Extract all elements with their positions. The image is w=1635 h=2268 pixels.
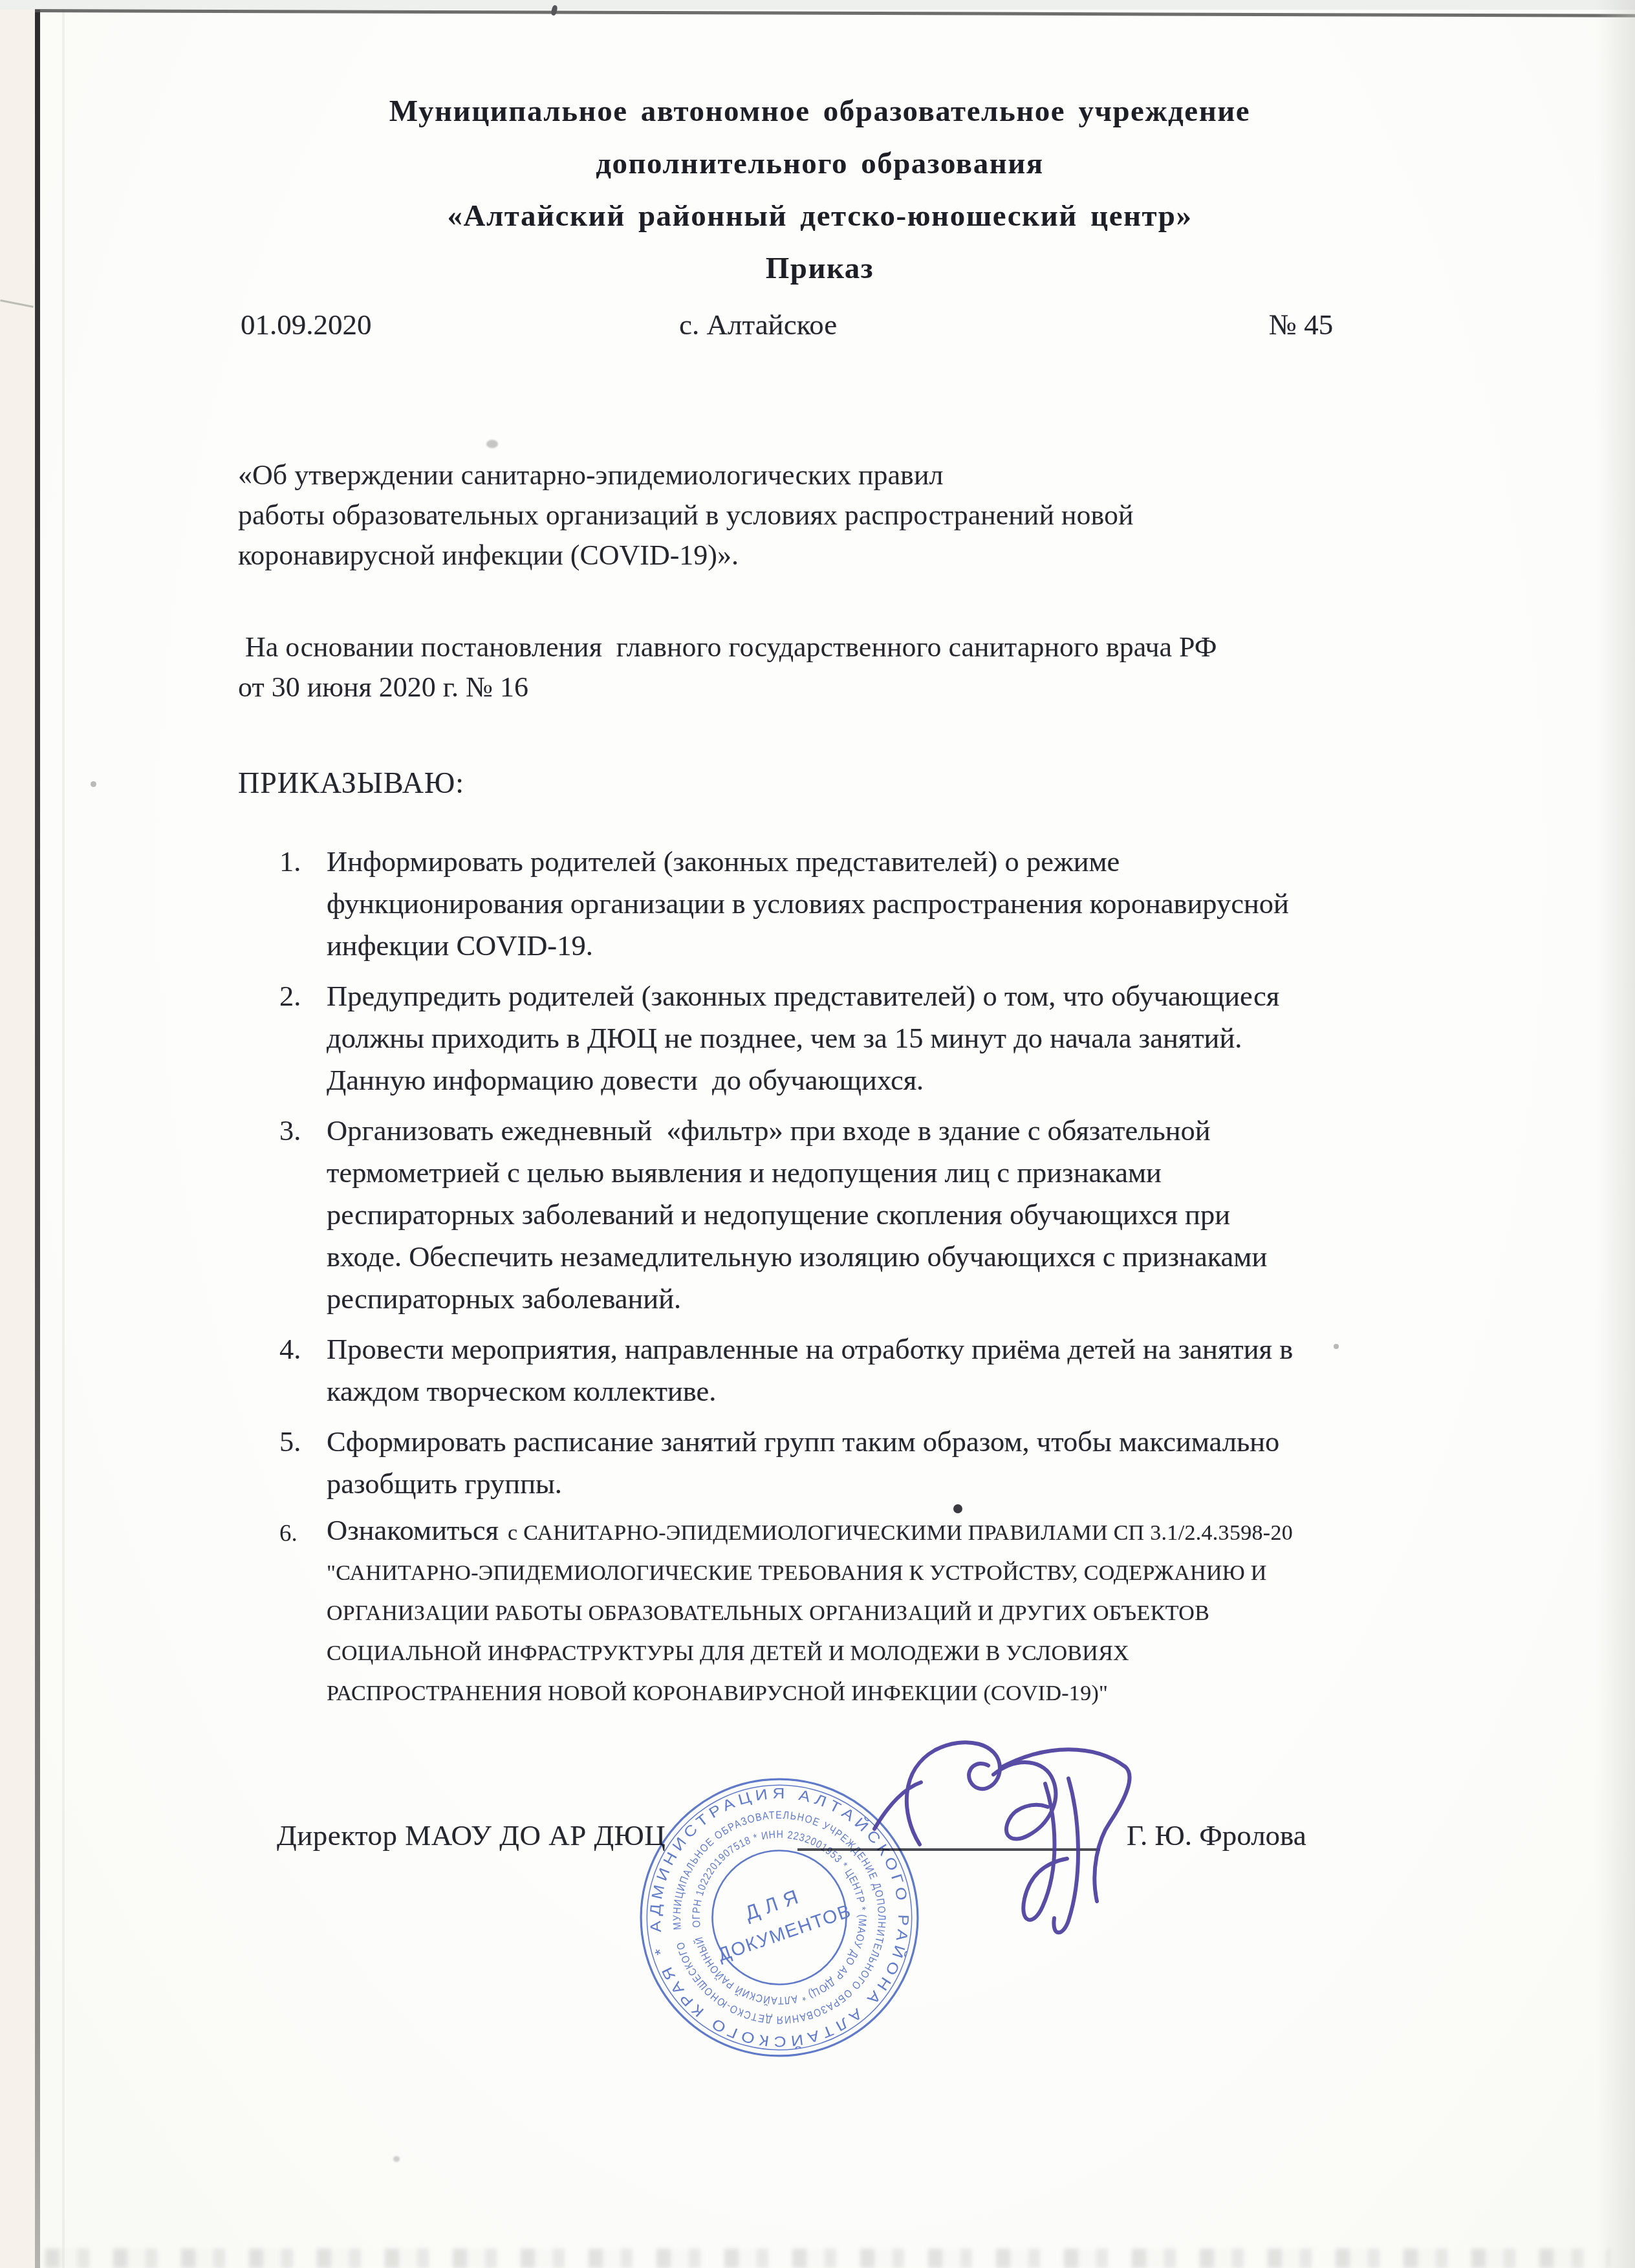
scan-speck: [91, 781, 96, 787]
item-6-line-5: РАСПРОСТРАНЕНИЯ НОВОЙ КОРОНАВИРУСНОЙ ИНФ…: [327, 1674, 1416, 1714]
handwritten-signature: [841, 1715, 1138, 1980]
item-6-line-4: СОЦИАЛЬНОЙ ИНФРАСТРУКТУРЫ ДЛЯ ДЕТЕЙ И МО…: [327, 1634, 1416, 1674]
item-2-number: 2.: [279, 975, 301, 1017]
document-header: Муниципальное автономное образовательное…: [233, 85, 1407, 295]
item-6-number: 6.: [279, 1514, 298, 1554]
scan-left-soft-line: [62, 0, 65, 2268]
item-5-number: 5.: [279, 1421, 301, 1463]
subject-paragraph: «Об утверждении санитарно-эпидемиологиче…: [238, 455, 1402, 576]
item-1-number: 1.: [279, 841, 301, 883]
item-3-line-5: респираторных заболеваний.: [327, 1278, 1416, 1320]
signature-stroke-2: [993, 1762, 1056, 1839]
subject-line-2: работы образовательных организаций в усл…: [238, 495, 1402, 535]
org-name-line-2: дополнительного образования: [233, 138, 1407, 190]
item-1-line-2: функционирования организации в условиях …: [327, 883, 1416, 925]
document-type-title: Приказ: [233, 243, 1407, 295]
meta-row: 01.09.2020 с. Алтайское № 45: [233, 308, 1407, 347]
item-1-line-3: инфекции COVID-19.: [327, 925, 1416, 967]
item-4-line-2: каждом творческом коллективе.: [327, 1370, 1416, 1412]
item-1-line-1: Информировать родителей (законных предст…: [327, 841, 1416, 883]
document-number: № 45: [1269, 308, 1333, 341]
basis-paragraph: На основании постановления главного госу…: [238, 627, 1402, 707]
item-3-number: 3.: [279, 1110, 301, 1152]
item-6-line-1-caps: с САНИТАРНО-ЭПИДЕМИОЛОГИЧЕСКИМИ ПРАВИЛАМ…: [508, 1521, 1293, 1545]
order-item-3: 3. Организовать ежедневный «фильтр» при …: [233, 1110, 1416, 1320]
scan-left-margin: [0, 0, 35, 2268]
order-item-5: 5. Сформировать расписание занятий групп…: [233, 1421, 1416, 1505]
document-page: Муниципальное автономное образовательное…: [0, 0, 1635, 2268]
basis-line-1: На основании постановления главного госу…: [238, 627, 1402, 667]
basis-line-2: от 30 июня 2020 г. № 16: [238, 667, 1402, 707]
item-4-line-1: Провести мероприятия, направленные на от…: [327, 1328, 1416, 1370]
resolution-word: ПРИКАЗЫВАЮ:: [238, 766, 464, 800]
org-name-line-1: Муниципальное автономное образовательное…: [233, 85, 1407, 138]
item-2-line-3: Данную информацию довести до обучающихся…: [327, 1059, 1416, 1101]
item-2-line-2: должны приходить в ДЮЦ не позднее, чем з…: [327, 1017, 1416, 1059]
stamp-center-text: ДЛЯ ДОКУМЕНТОВ: [705, 1870, 854, 1965]
item-3-line-3: респираторных заболеваний и недопущение …: [327, 1194, 1416, 1236]
order-item-2: 2. Предупредить родителей (законных пред…: [233, 975, 1416, 1101]
order-item-1: 1. Информировать родителей (законных пре…: [233, 841, 1416, 967]
scan-right-shade: [1596, 0, 1635, 2268]
signature-stroke-4: [1000, 1749, 1129, 1901]
item-3-line-1: Организовать ежедневный «фильтр» при вхо…: [327, 1110, 1416, 1152]
order-item-4: 4. Провести мероприятия, направленные на…: [233, 1328, 1416, 1412]
item-3-line-4: входе. Обеспечить незамедлительную изоля…: [327, 1236, 1416, 1278]
scan-speck: [393, 2156, 400, 2162]
document-place: с. Алтайское: [679, 308, 837, 341]
scan-bottom-noise: [45, 2249, 1609, 2268]
item-6-lead: Ознакомиться: [327, 1514, 499, 1546]
order-item-6: 6. Ознакомитьсяс САНИТАРНО-ЭПИДЕМИОЛОГИЧ…: [233, 1510, 1416, 1714]
item-5-line-2: разобщить группы.: [327, 1463, 1416, 1505]
item-6-line-2: "САНИТАРНО-ЭПИДЕМИОЛОГИЧЕСКИЕ ТРЕБОВАНИЯ…: [327, 1553, 1416, 1593]
item-6-line-3: ОРГАНИЗАЦИИ РАБОТЫ ОБРАЗОВАТЕЛЬНЫХ ОРГАН…: [327, 1593, 1416, 1634]
item-3-line-2: термометрией с целью выявления и недопущ…: [327, 1152, 1416, 1194]
item-2-line-1: Предупредить родителей (законных предста…: [327, 975, 1416, 1017]
scan-speck: [486, 440, 498, 448]
scan-left-edge-line: [35, 0, 40, 2268]
subject-line-1: «Об утверждении санитарно-эпидемиологиче…: [238, 455, 1402, 495]
signature-stroke-1: [874, 1742, 1000, 1844]
signatory-name: Г. Ю. Фролова: [1127, 1819, 1306, 1852]
signatory-title: Директор МАОУ ДО АР ДЮЦ: [277, 1819, 666, 1852]
signature-stroke-5: [1054, 1778, 1078, 1932]
item-6-line-1: Ознакомитьсяс САНИТАРНО-ЭПИДЕМИОЛОГИЧЕСК…: [327, 1510, 1416, 1553]
item-5-line-1: Сформировать расписание занятий групп та…: [327, 1421, 1416, 1463]
order-items: 1. Информировать родителей (законных пре…: [233, 841, 1416, 1714]
org-name-line-3: «Алтайский районный детско-юношеский цен…: [233, 190, 1407, 243]
scan-top-band: [0, 0, 1635, 10]
scan-top-edge-line: [35, 9, 1635, 17]
document-date: 01.09.2020: [241, 308, 372, 341]
subject-line-3: коронавирусной инфекции (COVID-19)».: [238, 535, 1402, 576]
item-4-number: 4.: [279, 1328, 301, 1370]
